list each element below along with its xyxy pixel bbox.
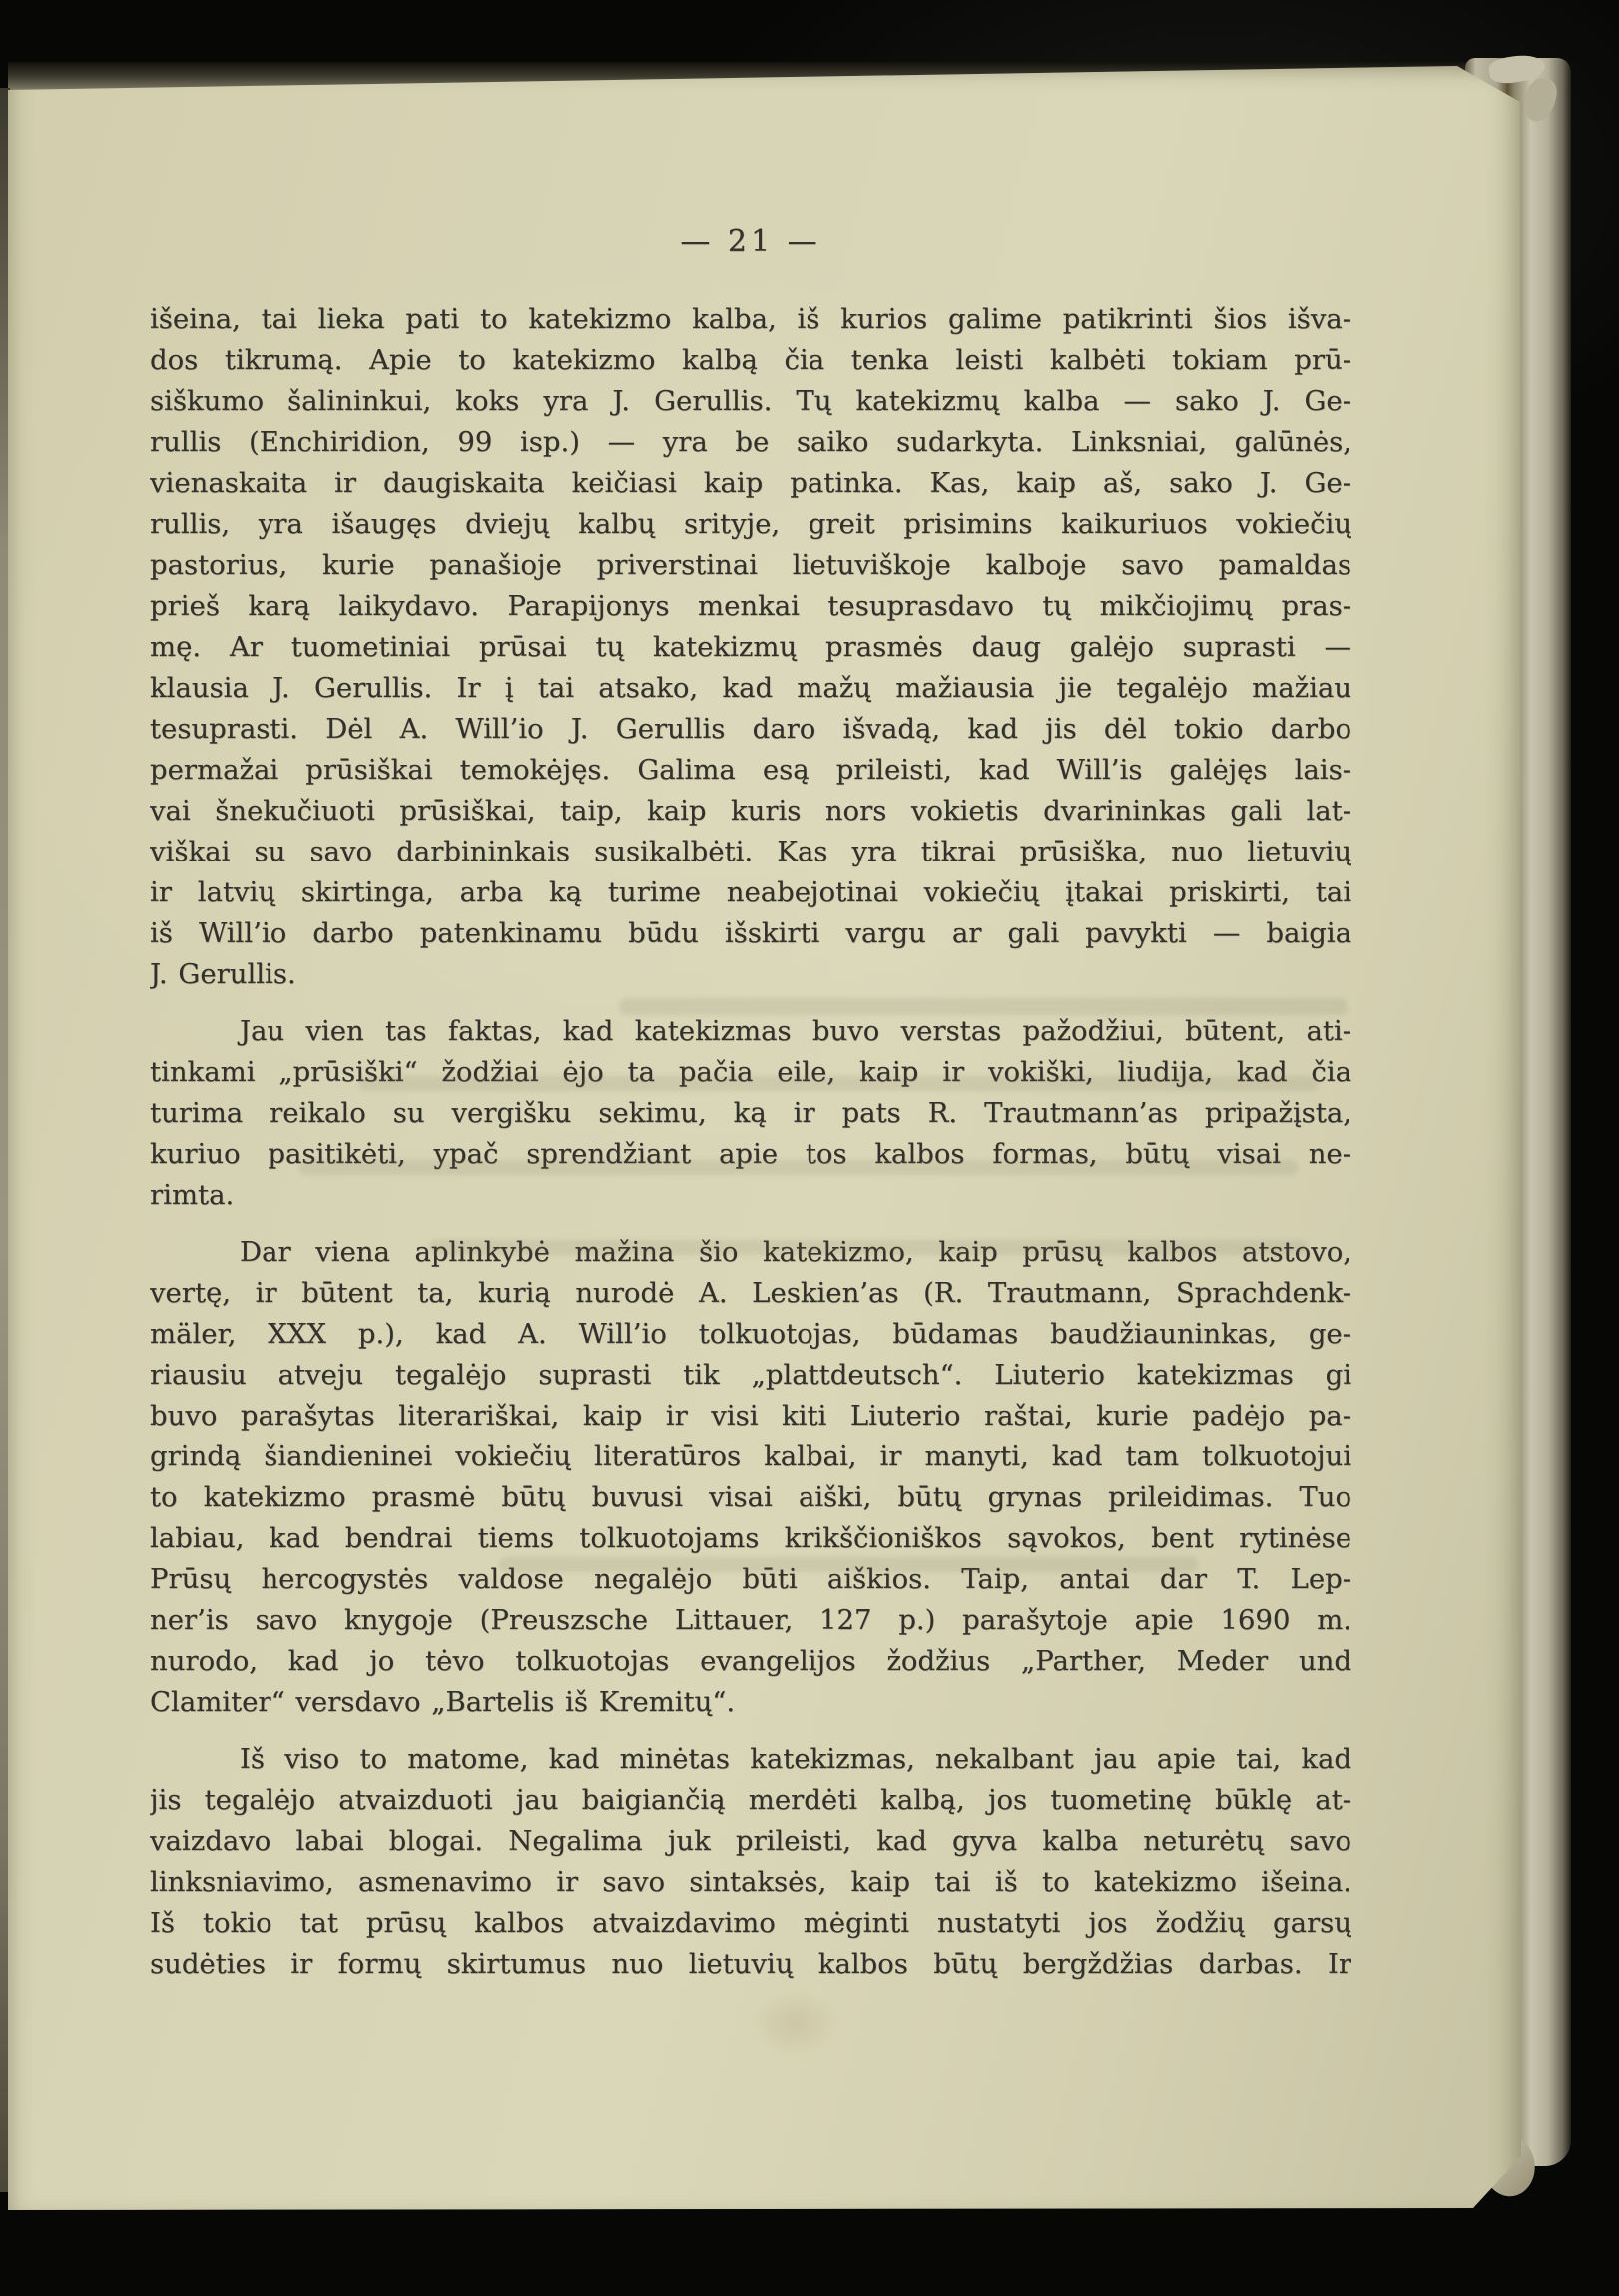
text-line: klausia J. Gerullis. Ir į tai atsako, ka… [150, 668, 1351, 709]
text-line: Clamiter“ versdavo „Bartelis iš Kremitų“… [150, 1682, 1351, 1723]
paragraph: Jau vien tas faktas, kad katekizmas buvo… [150, 1011, 1351, 1216]
text-line: jis tegalėjo atvaizduoti jau baigiančią … [150, 1780, 1351, 1821]
text-line: turima reikalo su vergišku sekimu, ką ir… [150, 1093, 1351, 1134]
text-line: tesuprasti. Dėl A. Will’io J. Gerullis d… [150, 709, 1351, 750]
text-line: Prūsų hercogystės valdose negalėjo būti … [150, 1559, 1351, 1600]
text-line: tinkami „prūsiški“ žodžiai ėjo ta pačia … [150, 1052, 1351, 1093]
text-line: grindą šiandieninei vokiečių literatūros… [150, 1436, 1351, 1477]
text-line: siškumo šalininkui, koks yra J. Gerullis… [150, 381, 1351, 422]
text-line: mäler, XXX p.), kad A. Will’io tolkuotoj… [150, 1314, 1351, 1355]
paragraph: išeina, tai lieka pati to katekizmo kalb… [150, 299, 1351, 995]
page-number: — 21 — [150, 222, 1351, 262]
text-line: to katekizmo prasmė būtų buvusi visai ai… [150, 1477, 1351, 1518]
text-line: prieš karą laikydavo. Parapijonys menkai… [150, 586, 1351, 627]
text-line: labiau, kad bendrai tiems tolkuotojams k… [150, 1518, 1351, 1559]
text-line: Iš tokio tat prūsų kalbos atvaizdavimo m… [150, 1903, 1351, 1944]
paragraph: Iš viso to matome, kad minėtas katekizma… [150, 1739, 1351, 1985]
text-line: viškai su savo darbininkais susikalbėti.… [150, 832, 1351, 872]
text-line: rullis (Enchiridion, 99 isp.) — yra be s… [150, 422, 1351, 463]
text-line: vaizdavo labai blogai. Negalima juk pril… [150, 1821, 1351, 1862]
text-line: ner’is savo knygoje (Preuszsche Littauer… [150, 1600, 1351, 1641]
scanned-book-page: — 21 — išeina, tai lieka pati to katekiz… [0, 0, 1619, 2296]
text-line: nurodo, kad jo tėvo tolkuotojas evangeli… [150, 1641, 1351, 1682]
text-line: rimta. [150, 1175, 1351, 1216]
text-line: dos tikrumą. Apie to katekizmo kalbą čia… [150, 340, 1351, 381]
text-line: Iš viso to matome, kad minėtas katekizma… [150, 1739, 1351, 1780]
text-line: riausiu atveju tegalėjo suprasti tik „pl… [150, 1355, 1351, 1396]
text-line: išeina, tai lieka pati to katekizmo kalb… [150, 299, 1351, 340]
text-line: kuriuo pasitikėti, ypač sprendžiant apie… [150, 1134, 1351, 1175]
text-line: buvo parašytas literariškai, kaip ir vis… [150, 1396, 1351, 1436]
text-line: rullis, yra išaugęs dviejų kalbų srityje… [150, 504, 1351, 545]
text-line: permažai prūsiškai temokėjęs. Galima esą… [150, 750, 1351, 791]
text-line: iš Will’io darbo patenkinamu būdu išskir… [150, 913, 1351, 954]
text-line: linksniavimo, asmenavimo ir savo sintaks… [150, 1862, 1351, 1903]
book-page: — 21 — išeina, tai lieka pati to katekiz… [8, 64, 1521, 2212]
text-line: mę. Ar tuometiniai prūsai tų katekizmų p… [150, 627, 1351, 668]
paragraph: Dar viena aplinkybė mažina šio katekizmo… [150, 1232, 1351, 1723]
text-line: vai šnekučiuoti prūsiškai, taip, kaip ku… [150, 791, 1351, 832]
text-line: Dar viena aplinkybė mažina šio katekizmo… [150, 1232, 1351, 1273]
text-line: J. Gerullis. [150, 954, 1351, 995]
text-line: Jau vien tas faktas, kad katekizmas buvo… [150, 1011, 1351, 1052]
text-line: pastorius, kurie panašioje priverstinai … [150, 545, 1351, 586]
text-line: vienaskaita ir daugiskaita keičiasi kaip… [150, 463, 1351, 504]
text-line: sudėties ir formų skirtumus nuo lietuvių… [150, 1944, 1351, 1985]
page-text-block: išeina, tai lieka pati to katekizmo kalb… [150, 299, 1351, 1985]
text-line: ir latvių skirtinga, arba ką turime neab… [150, 872, 1351, 913]
text-line: vertę, ir būtent ta, kurią nurodė A. Les… [150, 1273, 1351, 1314]
